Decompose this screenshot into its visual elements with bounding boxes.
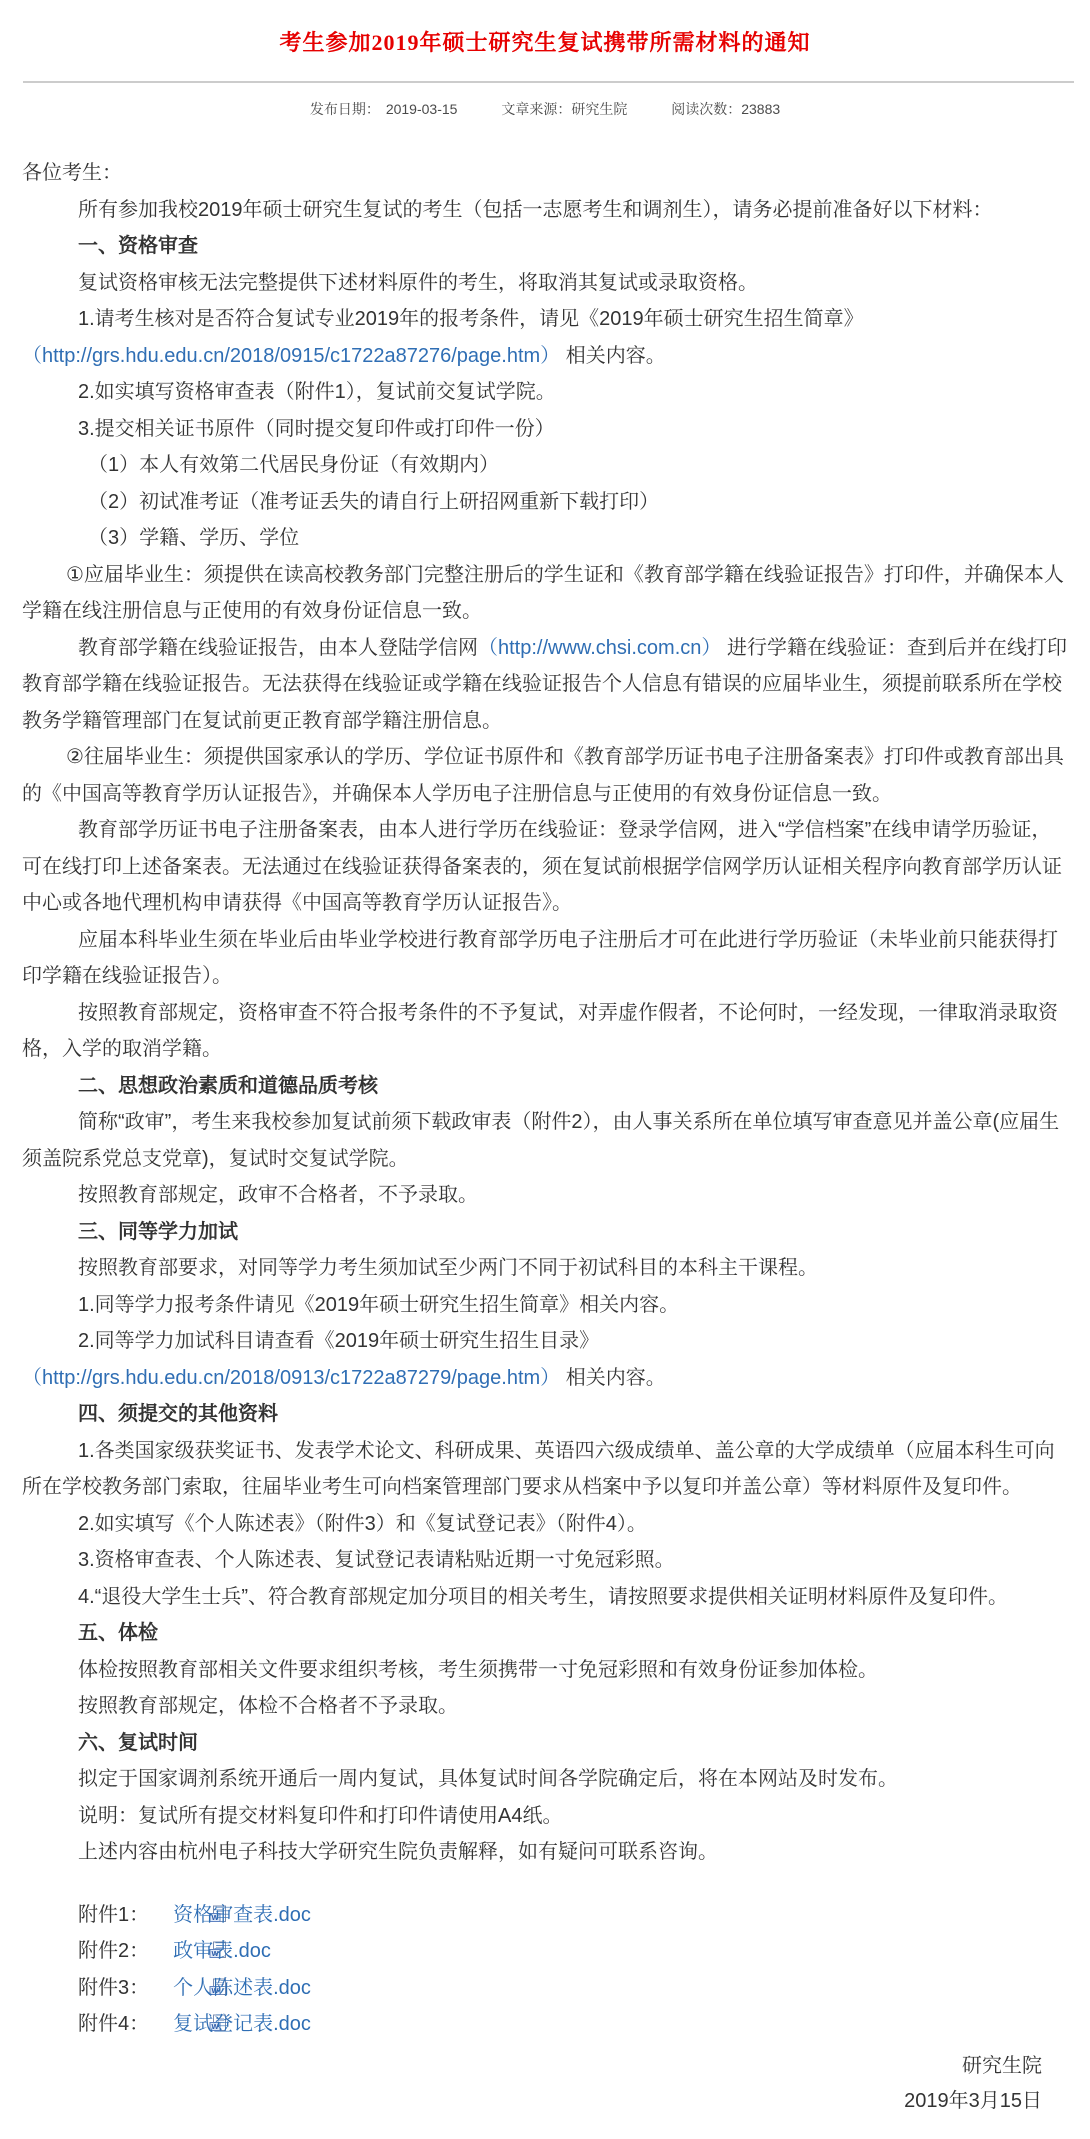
- paragraph: 拟定于国家调剂系统开通后一周内复试，具体复试时间各学院确定后，将在本网站及时发布…: [22, 1761, 1068, 1798]
- paragraph-text: 2.如实填写《个人陈述表》（附件3）和《复试登记表》（附件4）。: [78, 1513, 647, 1535]
- paragraph: 1.请考生核对是否符合复试专业2019年的报考条件，请见《2019年硕士研究生招…: [22, 301, 1068, 374]
- paragraph: ①应届毕业生：须提供在读高校教务部门完整注册后的学生证和《教育部学籍在线验证报告…: [22, 557, 1068, 630]
- paragraph: 3.提交相关证书原件（同时提交复印件或打印件一份）: [22, 411, 1068, 448]
- signature-block: 研究生院 2019年3月15日: [0, 2049, 1090, 2119]
- paragraph-text: 上述内容由杭州电子科技大学研究生院负责解释，如有疑问可联系咨询。: [78, 1841, 718, 1863]
- publish-date: 发布日期：2019-03-15: [310, 99, 458, 119]
- paragraph: 3.资格审查表、个人陈述表、复试登记表请粘贴近期一寸免冠彩照。: [22, 1542, 1068, 1579]
- paragraph-text: 按照教育部规定，政审不合格者，不予录取。: [78, 1184, 478, 1206]
- signature-org: 研究生院: [0, 2049, 1042, 2084]
- attachment-row: 附件2：W政审表.doc: [22, 1933, 1068, 1970]
- section-heading: 一、资格审查: [22, 228, 1068, 265]
- paragraph-text: 按照教育部规定，资格审查不符合报考条件的不予复试，对弄虚作假者，不论何时，一经发…: [22, 1002, 1058, 1061]
- paragraph-text: 3.提交相关证书原件（同时提交复印件或打印件一份）: [78, 418, 555, 440]
- paragraph: （2）初试准考证（准考证丢失的请自行上研招网重新下载打印）: [22, 484, 1068, 521]
- attachment-link[interactable]: 政审表.doc: [173, 1940, 271, 1962]
- paragraph-text: 教育部学历证书电子注册备案表，由本人进行学历在线验证：登录学信网，进入“学信档案…: [22, 819, 1062, 914]
- section-heading: 二、思想政治素质和道德品质考核: [22, 1068, 1068, 1105]
- paragraph: 体检按照教育部相关文件要求组织考核，考生须携带一寸免冠彩照和有效身份证参加体检。: [22, 1652, 1068, 1689]
- meta-bar: 发布日期：2019-03-15 文章来源：研究生院 阅读次数：23883: [0, 99, 1090, 119]
- paragraph-text: 所有参加我校2019年硕士研究生复试的考生（包括一志愿考生和调剂生），请务必提前…: [78, 199, 993, 221]
- section-heading: 三、同等学力加试: [22, 1214, 1068, 1251]
- paragraph-text: 六、复试时间: [78, 1732, 198, 1754]
- paragraph-text: 相关内容。: [560, 345, 666, 367]
- paragraph: 说明：复试所有提交材料复印件和打印件请使用A4纸。: [22, 1798, 1068, 1835]
- inline-link[interactable]: （http://grs.hdu.edu.cn/2018/0915/c1722a8…: [22, 345, 560, 367]
- paragraph: 4.“退役大学生士兵”、符合教育部规定加分项目的相关考生，请按照要求提供相关证明…: [22, 1579, 1068, 1616]
- paragraph-text: 各位考生：: [22, 162, 122, 184]
- paragraph-text: 1.同等学力报考条件请见《2019年硕士研究生招生简章》相关内容。: [78, 1294, 679, 1316]
- paragraph: 2.如实填写《个人陈述表》（附件3）和《复试登记表》（附件4）。: [22, 1506, 1068, 1543]
- paragraph-text: 四、须提交的其他资料: [78, 1403, 278, 1425]
- paragraph-text: 简称“政审”，考生来我校参加复试前须下载政审表（附件2），由人事关系所在单位填写…: [22, 1111, 1059, 1170]
- paragraph: 按照教育部要求，对同等学力考生须加试至少两门不同于初试科目的本科主干课程。: [22, 1250, 1068, 1287]
- paragraph-text: 1.请考生核对是否符合复试专业2019年的报考条件，请见《2019年硕士研究生招…: [78, 308, 864, 330]
- paragraph: 按照教育部规定，政审不合格者，不予录取。: [22, 1177, 1068, 1214]
- paragraph: 按照教育部规定，资格审查不符合报考条件的不予复试，对弄虚作假者，不论何时，一经发…: [22, 995, 1068, 1068]
- paragraph-text: 按照教育部规定，体检不合格者不予录取。: [78, 1695, 458, 1717]
- word-doc-icon: W: [153, 1972, 171, 1990]
- word-doc-icon: W: [153, 2008, 171, 2026]
- attachments-list: 附件1：W资格审查表.doc附件2：W政审表.doc附件3：W个人陈述表.doc…: [0, 1897, 1090, 2043]
- paragraph-text: 2.同等学力加试科目请查看《2019年硕士研究生招生目录》: [78, 1330, 599, 1352]
- paragraph: 2.如实填写资格审查表（附件1），复试前交复试学院。: [22, 374, 1068, 411]
- attachment-row: 附件1：W资格审查表.doc: [22, 1897, 1068, 1934]
- paragraph: 复试资格审核无法完整提供下述材料原件的考生，将取消其复试或录取资格。: [22, 265, 1068, 302]
- attachment-link[interactable]: 复试登记表.doc: [173, 2013, 311, 2035]
- paragraph-text: ②往届毕业生：须提供国家承认的学历、学位证书原件和《教育部学历证书电子注册备案表…: [22, 746, 1064, 805]
- article-source: 文章来源：研究生院: [501, 99, 627, 119]
- paragraph-text: 二、思想政治素质和道德品质考核: [78, 1075, 378, 1097]
- word-doc-icon: W: [153, 1935, 171, 1953]
- notice-page: 考生参加2019年硕士研究生复试携带所需材料的通知 发布日期：2019-03-1…: [0, 0, 1090, 2139]
- paragraph-text: 体检按照教育部相关文件要求组织考核，考生须携带一寸免冠彩照和有效身份证参加体检。: [78, 1659, 878, 1681]
- paragraph-text: 说明：复试所有提交材料复印件和打印件请使用A4纸。: [78, 1805, 562, 1827]
- paragraph-text: ①应届毕业生：须提供在读高校教务部门完整注册后的学生证和《教育部学籍在线验证报告…: [22, 564, 1064, 623]
- paragraph-text: 五、体检: [78, 1622, 158, 1644]
- attachment-label: 附件1：: [78, 1904, 149, 1926]
- paragraph-text: （3）学籍、学历、学位: [88, 527, 299, 549]
- signature-date: 2019年3月15日: [0, 2084, 1042, 2119]
- attachment-link[interactable]: 资格审查表.doc: [173, 1904, 311, 1926]
- attachment-label: 附件4：: [78, 2013, 149, 2035]
- paragraph-text: 2.如实填写资格审查表（附件1），复试前交复试学院。: [78, 381, 556, 403]
- attachment-label: 附件2：: [78, 1940, 149, 1962]
- paragraph-text: 三、同等学力加试: [78, 1221, 238, 1243]
- publish-date-value: 2019-03-15: [386, 101, 458, 117]
- paragraph: 所有参加我校2019年硕士研究生复试的考生（包括一志愿考生和调剂生），请务必提前…: [22, 192, 1068, 229]
- paragraph-text: 按照教育部要求，对同等学力考生须加试至少两门不同于初试科目的本科主干课程。: [78, 1257, 818, 1279]
- section-heading: 四、须提交的其他资料: [22, 1396, 1068, 1433]
- view-count-value: 23883: [741, 101, 780, 117]
- paragraph: 1.各类国家级获奖证书、发表学术论文、科研成果、英语四六级成绩单、盖公章的大学成…: [22, 1433, 1068, 1506]
- paragraph-text: 相关内容。: [560, 1367, 666, 1389]
- paragraph-text: （2）初试准考证（准考证丢失的请自行上研招网重新下载打印）: [88, 491, 659, 513]
- paragraph-text: 4.“退役大学生士兵”、符合教育部规定加分项目的相关考生，请按照要求提供相关证明…: [78, 1586, 1008, 1608]
- paragraph: ②往届毕业生：须提供国家承认的学历、学位证书原件和《教育部学历证书电子注册备案表…: [22, 739, 1068, 812]
- view-count-label: 阅读次数：: [671, 101, 741, 117]
- paragraph: 简称“政审”，考生来我校参加复试前须下载政审表（附件2），由人事关系所在单位填写…: [22, 1104, 1068, 1177]
- attachment-label: 附件3：: [78, 1977, 149, 1999]
- paragraph-text: 1.各类国家级获奖证书、发表学术论文、科研成果、英语四六级成绩单、盖公章的大学成…: [22, 1440, 1055, 1499]
- inline-link[interactable]: （http://www.chsi.com.cn）: [478, 637, 721, 659]
- article-source-label: 文章来源：: [501, 101, 571, 117]
- attachment-link[interactable]: 个人陈述表.doc: [173, 1977, 311, 1999]
- word-doc-icon: W: [153, 1899, 171, 1917]
- article-source-value: 研究生院: [571, 101, 627, 117]
- paragraph-text: 复试资格审核无法完整提供下述材料原件的考生，将取消其复试或录取资格。: [78, 272, 758, 294]
- paragraph-text: 教育部学籍在线验证报告，由本人登陆学信网: [78, 637, 478, 659]
- paragraph-text: （1）本人有效第二代居民身份证（有效期内）: [88, 454, 499, 476]
- inline-link[interactable]: （http://grs.hdu.edu.cn/2018/0913/c1722a8…: [22, 1367, 560, 1389]
- article-body: 各位考生：所有参加我校2019年硕士研究生复试的考生（包括一志愿考生和调剂生），…: [0, 155, 1090, 1871]
- paragraph-text: 应届本科毕业生须在毕业后由毕业学校进行教育部学历电子注册后才可在此进行学历验证（…: [22, 929, 1058, 988]
- publish-date-label: 发布日期：: [310, 101, 380, 117]
- attachment-row: 附件3：W个人陈述表.doc: [22, 1970, 1068, 2007]
- paragraph-text: 一、资格审查: [78, 235, 198, 257]
- paragraph: 教育部学籍在线验证报告，由本人登陆学信网（http://www.chsi.com…: [22, 630, 1068, 740]
- paragraph: 应届本科毕业生须在毕业后由毕业学校进行教育部学历电子注册后才可在此进行学历验证（…: [22, 922, 1068, 995]
- view-count: 阅读次数：23883: [671, 99, 780, 119]
- paragraph: 按照教育部规定，体检不合格者不予录取。: [22, 1688, 1068, 1725]
- paragraph: 教育部学历证书电子注册备案表，由本人进行学历在线验证：登录学信网，进入“学信档案…: [22, 812, 1068, 922]
- section-heading: 六、复试时间: [22, 1725, 1068, 1762]
- page-title: 考生参加2019年硕士研究生复试携带所需材料的通知: [0, 26, 1090, 57]
- paragraph: （1）本人有效第二代居民身份证（有效期内）: [22, 447, 1068, 484]
- title-divider: [23, 81, 1074, 83]
- paragraph: 2.同等学力加试科目请查看《2019年硕士研究生招生目录》（http://grs…: [22, 1323, 1068, 1396]
- paragraph: 1.同等学力报考条件请见《2019年硕士研究生招生简章》相关内容。: [22, 1287, 1068, 1324]
- attachment-row: 附件4：W复试登记表.doc: [22, 2006, 1068, 2043]
- paragraph: 上述内容由杭州电子科技大学研究生院负责解释，如有疑问可联系咨询。: [22, 1834, 1068, 1871]
- paragraph: （3）学籍、学历、学位: [22, 520, 1068, 557]
- paragraph-text: 拟定于国家调剂系统开通后一周内复试，具体复试时间各学院确定后，将在本网站及时发布…: [78, 1768, 898, 1790]
- section-heading: 五、体检: [22, 1615, 1068, 1652]
- paragraph: 各位考生：: [22, 155, 1068, 192]
- paragraph-text: 3.资格审查表、个人陈述表、复试登记表请粘贴近期一寸免冠彩照。: [78, 1549, 675, 1571]
